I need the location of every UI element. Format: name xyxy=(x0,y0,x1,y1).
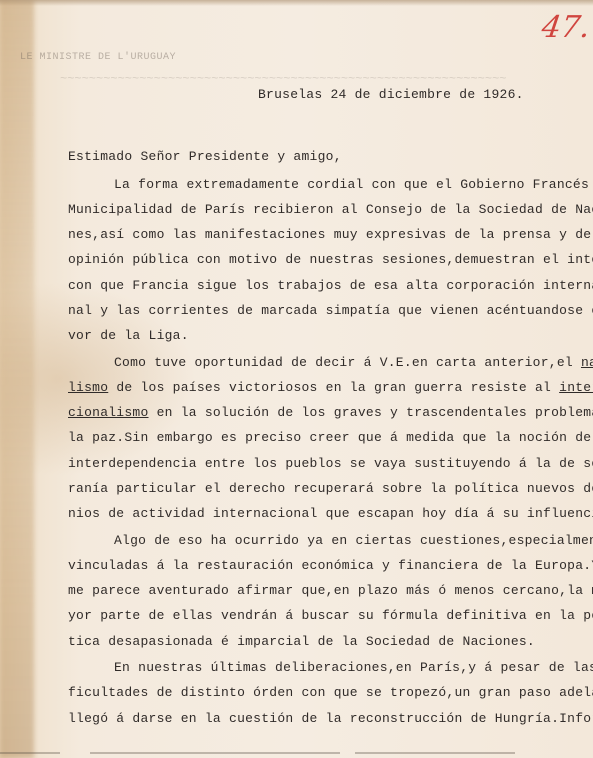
text-line: vor de la Liga. xyxy=(68,328,189,343)
text-span: en la solución de los graves y trascende… xyxy=(149,405,593,420)
underlined-term: lismo xyxy=(68,380,108,395)
text-line: nios de actividad internacional que esca… xyxy=(68,506,593,521)
text-line: lismo de los países victoriosos en la gr… xyxy=(68,380,593,395)
paper-top-edge xyxy=(0,0,593,6)
text-line: nes,así como las manifestaciones muy exp… xyxy=(68,227,593,242)
paper-edge-stain xyxy=(0,0,34,758)
text-line: opinión pública con motivo de nuestras s… xyxy=(68,252,593,267)
text-line: nal y las corrientes de marcada simpatía… xyxy=(68,303,593,318)
text-line: llegó á darse en la cuestión de la recon… xyxy=(68,711,593,726)
text-line: Municipalidad de París recibieron al Con… xyxy=(68,202,593,217)
letterhead: LE MINISTRE DE L'URUGUAY xyxy=(20,52,176,63)
text-line: Como tuve oportunidad de decir á V.E.en … xyxy=(114,355,593,370)
underlined-term: interna- xyxy=(559,380,593,395)
text-line: interdependencia entre los pueblos se va… xyxy=(68,456,593,471)
text-line: La forma extremadamente cordial con que … xyxy=(114,177,593,192)
text-line: tica desapasionada é imparcial de la Soc… xyxy=(68,634,535,649)
text-line: ficultades de distinto órden con que se … xyxy=(68,685,593,700)
text-line: En nuestras últimas deliberaciones,en Pa… xyxy=(114,660,593,675)
folio-number: 47. xyxy=(540,10,593,45)
divider xyxy=(355,752,515,754)
text-line: Algo de eso ha ocurrido ya en ciertas cu… xyxy=(114,533,593,548)
place-date: Bruselas 24 de diciembre de 1926. xyxy=(258,87,524,102)
underlined-term: cionalismo xyxy=(68,405,149,420)
text-line: ranía particular el derecho recuperará s… xyxy=(68,481,593,496)
divider xyxy=(0,752,60,754)
divider xyxy=(90,752,340,754)
text-line: vinculadas á la restauración económica y… xyxy=(68,558,593,573)
text-line: con que Francia sigue los trabajos de es… xyxy=(68,278,593,293)
text-line: la paz.Sin embargo es preciso creer que … xyxy=(68,430,593,445)
text-span: de los países victoriosos en la gran gue… xyxy=(108,380,559,395)
text-line: yor parte de ellas vendrán á buscar su f… xyxy=(68,608,593,623)
underlined-term: naciona- xyxy=(581,355,593,370)
text-line: cionalismo en la solución de los graves … xyxy=(68,405,593,420)
salutation: Estimado Señor Presidente y amigo, xyxy=(68,149,342,164)
text-span: Como tuve oportunidad de decir á V.E.en … xyxy=(114,355,581,370)
bleed-through-text: ~~~~~~~~~~~~~~~~~~~~~~~~~~~~~~~~~~~~~~~~… xyxy=(60,72,506,86)
text-line: me parece aventurado afirmar que,en plaz… xyxy=(68,583,593,598)
